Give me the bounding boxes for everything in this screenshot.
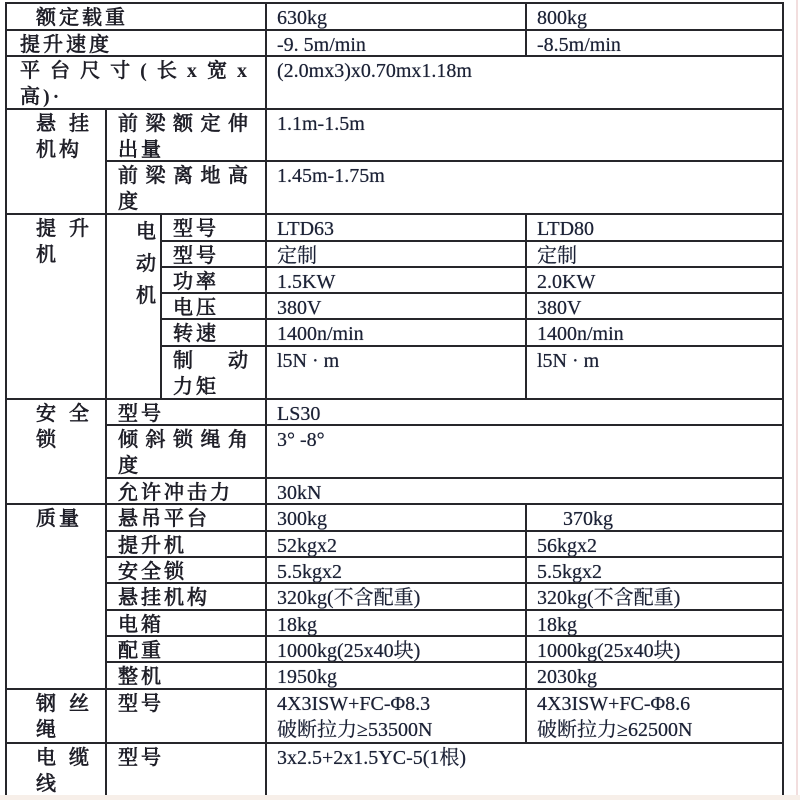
cell-value: l5N · m [267, 347, 527, 400]
cell-text: 2030kg [537, 664, 774, 690]
cell-text: 提升 [36, 216, 92, 242]
cell-value: 18kg [527, 611, 784, 637]
cell-section: 钢丝绳 [7, 690, 107, 744]
cell-text: 质量 [36, 506, 92, 532]
cell-text: 4X3ISW+FC-Φ8.3 [277, 691, 517, 717]
cell-value: (2.0mx3)x0.70mx1.18m [267, 57, 784, 110]
cell-text: 1000kg(25x40块) [277, 638, 517, 663]
cell-text: 力矩 [173, 374, 251, 400]
cell-text: 18kg [277, 612, 517, 637]
cell-text: 机 [136, 280, 147, 312]
cell-value: 320kg(不含配重) [527, 584, 784, 611]
cell-text: 1400n/min [277, 321, 517, 347]
cell-sublabel: 转速 [162, 320, 267, 347]
cell-sublabel: 功率 [162, 268, 267, 294]
cell-text: l5N · m [277, 348, 517, 374]
cell-text: 钢丝 [36, 691, 92, 717]
cell-text: 功率 [173, 269, 251, 294]
cell-text: 电压 [173, 295, 251, 320]
cell-value: 1.45m-1.75m [267, 162, 784, 215]
cell-sublabel: 型号 [107, 400, 267, 426]
cell-value: 定制 [527, 242, 784, 268]
cell-text: 悬挂机构 [118, 585, 251, 611]
cell-text: 倾斜锁绳角 [118, 427, 251, 453]
cell-text: 转速 [173, 321, 251, 347]
cell-text: 3° -8° [277, 427, 774, 453]
cell-text: 型号 [173, 243, 251, 268]
cell-value: 800kg [527, 4, 784, 31]
cell-text: 配重 [118, 638, 251, 663]
cell-text: 4X3ISW+FC-Φ8.6 [537, 691, 774, 717]
cell-text: 提升机 [118, 533, 251, 558]
cell-sublabel: 提升机 [107, 532, 267, 558]
cell-text: 破断拉力≥62500N [537, 717, 774, 743]
cell-text: 悬吊平台 [118, 506, 251, 532]
cell-value: 18kg [267, 611, 527, 637]
cell-text: 安全锁 [118, 559, 251, 584]
cell-text: 动 [136, 248, 147, 280]
cell-text: 绳 [36, 717, 92, 743]
cell-text: 1.5KW [277, 269, 517, 294]
cell-text: 370kg [563, 506, 774, 532]
cell-sublabel: 前梁离地高度 [107, 162, 267, 215]
cell-text: 型号 [118, 691, 251, 717]
cell-text: l5N · m [537, 348, 774, 374]
cell-section: 电动机 [107, 215, 162, 400]
cell-value: 4X3ISW+FC-Φ8.3破断拉力≥53500N [267, 690, 527, 744]
cell-text: 1950kg [277, 664, 517, 690]
cell-value: 1400n/min [267, 320, 527, 347]
cell-value: 52kgx2 [267, 532, 527, 558]
cell-text: 机 [36, 242, 92, 268]
cell-text: -8.5m/min [537, 32, 774, 57]
cell-text: 800kg [537, 5, 774, 31]
scan-artifact-bottom-strip [0, 795, 800, 800]
cell-text: 52kgx2 [277, 533, 517, 558]
cell-value: -8.5m/min [527, 31, 784, 57]
scan-artifact-right-line [796, 0, 798, 800]
cell-text: LS30 [277, 401, 774, 426]
cell-text: 56kgx2 [537, 533, 774, 558]
cell-sublabel: 型号 [107, 744, 267, 797]
cell-text: 1.1m-1.5m [277, 111, 774, 137]
cell-value: 300kg [267, 505, 527, 532]
cell-label: 提升速度 [7, 31, 267, 57]
cell-text: 出量 [118, 137, 251, 162]
cell-text: 5.5kgx2 [537, 559, 774, 584]
cell-text: 630kg [277, 5, 517, 31]
cell-sublabel: 配重 [107, 637, 267, 663]
cell-text: 度 [118, 189, 251, 215]
cell-text: 1400n/min [537, 321, 774, 347]
cell-text: 悬挂 [36, 111, 92, 137]
cell-text: 额定载重 [36, 5, 250, 31]
cell-text: 提升速度 [20, 32, 250, 57]
cell-sublabel: 电箱 [107, 611, 267, 637]
cell-text: 整机 [118, 664, 251, 690]
cell-text: 380V [537, 295, 774, 320]
cell-value: 380V [527, 294, 784, 320]
cell-text: 锁 [36, 427, 92, 453]
cell-text: 型号 [173, 216, 251, 242]
cell-sublabel: 倾斜锁绳角度 [107, 426, 267, 479]
cell-text: 18kg [537, 612, 774, 637]
cell-text: LTD80 [537, 216, 774, 242]
cell-section: 提升机 [7, 215, 107, 400]
cell-section: 安全锁 [7, 400, 107, 505]
cell-value: 1000kg(25x40块) [267, 637, 527, 663]
cell-text: 平台尺寸(长x宽x [20, 58, 250, 84]
cell-sublabel: 型号 [162, 215, 267, 242]
cell-text: 1000kg(25x40块) [537, 638, 774, 663]
cell-text: 5.5kgx2 [277, 559, 517, 584]
cell-sublabel: 悬吊平台 [107, 505, 267, 532]
cell-text: 电缆 [36, 745, 92, 771]
cell-value: 56kgx2 [527, 532, 784, 558]
cell-text: 30kN [277, 480, 774, 505]
cell-section: 电缆线 [7, 744, 107, 797]
cell-value: 1.1m-1.5m [267, 110, 784, 162]
cell-text: 安全 [36, 401, 92, 427]
cell-text: 制动 [173, 348, 251, 374]
cell-value: 1950kg [267, 663, 527, 690]
cell-value: 630kg [267, 4, 527, 31]
cell-section: 质量 [7, 505, 107, 690]
cell-sublabel: 悬挂机构 [107, 584, 267, 611]
cell-text: 破断拉力≥53500N [277, 717, 517, 743]
cell-value: LTD63 [267, 215, 527, 242]
cell-value: 380V [267, 294, 527, 320]
cell-value: 定制 [267, 242, 527, 268]
cell-text: 线 [36, 771, 92, 797]
cell-value: 1000kg(25x40块) [527, 637, 784, 663]
cell-value: 320kg(不含配重) [267, 584, 527, 611]
cell-text: LTD63 [277, 216, 517, 242]
cell-sublabel: 制动力矩 [162, 347, 267, 400]
cell-value: 5.5kgx2 [527, 558, 784, 584]
cell-sublabel: 安全锁 [107, 558, 267, 584]
cell-label: 平台尺寸(长x宽x高)· [7, 57, 267, 110]
cell-value: LTD80 [527, 215, 784, 242]
cell-value: 1.5KW [267, 268, 527, 294]
cell-value: 370kg [527, 505, 784, 532]
cell-value: 30kN [267, 479, 784, 505]
cell-text: 定制 [537, 243, 774, 268]
cell-value: 1400n/min [527, 320, 784, 347]
cell-text: 定制 [277, 243, 517, 268]
cell-text: 380V [277, 295, 517, 320]
spec-table: 额定载重630kg800kg提升速度-9. 5m/min-8.5m/min平台尺… [5, 2, 784, 797]
cell-text: 300kg [277, 506, 517, 532]
cell-label: 额定载重 [7, 4, 267, 31]
cell-text: 电箱 [118, 612, 251, 637]
cell-value: 3x2.5+2x1.5YC-5(1根) [267, 744, 784, 797]
cell-value: -9. 5m/min [267, 31, 527, 57]
cell-value: 2030kg [527, 663, 784, 690]
cell-value: 3° -8° [267, 426, 784, 479]
cell-text: 前梁额定伸 [118, 111, 251, 137]
cell-text: 前梁离地高 [118, 163, 251, 189]
cell-sublabel: 前梁额定伸出量 [107, 110, 267, 162]
cell-text: 320kg(不含配重) [277, 585, 517, 611]
cell-text: 电 [136, 216, 147, 248]
cell-text: 型号 [118, 401, 251, 426]
cell-value: 2.0KW [527, 268, 784, 294]
cell-text: 2.0KW [537, 269, 774, 294]
cell-value: 5.5kgx2 [267, 558, 527, 584]
cell-sublabel: 整机 [107, 663, 267, 690]
cell-text: 型号 [118, 745, 251, 771]
cell-text: 允许冲击力 [118, 480, 251, 505]
cell-sublabel: 型号 [107, 690, 267, 744]
cell-text: 机构 [36, 137, 92, 163]
cell-text: 度 [118, 453, 251, 479]
cell-sublabel: 型号 [162, 242, 267, 268]
cell-value: 4X3ISW+FC-Φ8.6破断拉力≥62500N [527, 690, 784, 744]
cell-sublabel: 电压 [162, 294, 267, 320]
cell-sublabel: 允许冲击力 [107, 479, 267, 505]
cell-text: 高)· [20, 84, 250, 110]
cell-value: LS30 [267, 400, 784, 426]
cell-text: 3x2.5+2x1.5YC-5(1根) [277, 745, 774, 771]
cell-text: 1.45m-1.75m [277, 163, 774, 189]
cell-section: 悬挂机构 [7, 110, 107, 215]
cell-text: -9. 5m/min [277, 32, 517, 57]
cell-text: (2.0mx3)x0.70mx1.18m [277, 58, 774, 84]
cell-text: 320kg(不含配重) [537, 585, 774, 611]
cell-value: l5N · m [527, 347, 784, 400]
